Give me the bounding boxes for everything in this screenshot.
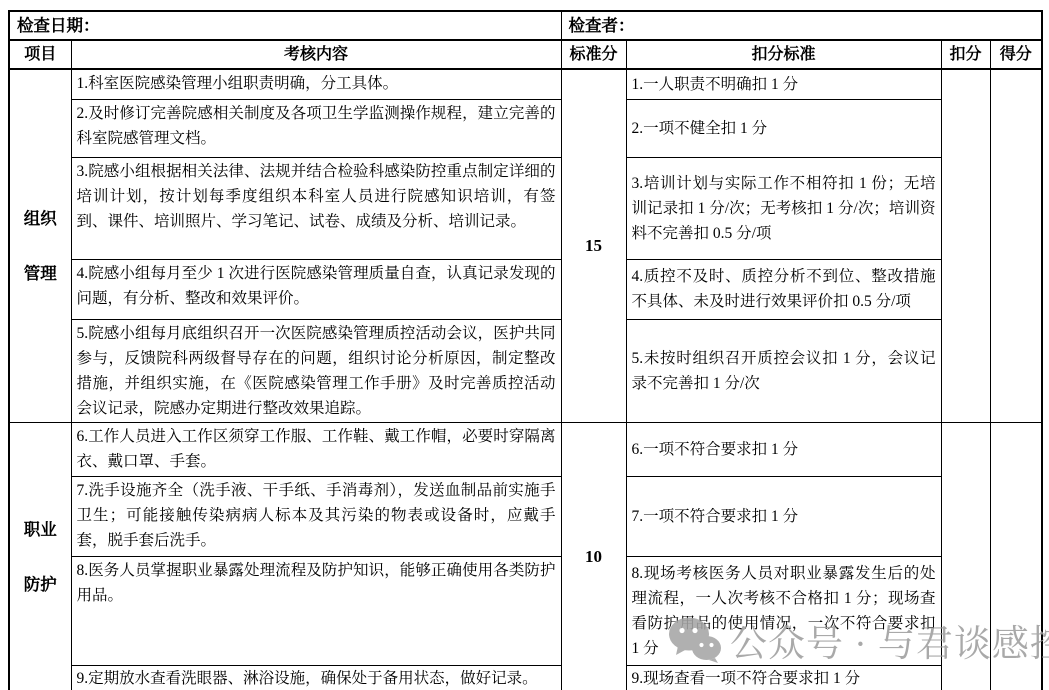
header-item: 项目 xyxy=(9,40,71,69)
deduction-standard: 1.一人职责不明确扣 1 分 xyxy=(626,69,941,99)
assessment-item: 9.定期放水查看洗眼器、淋浴设施，确保处于备用状态，做好记录。 xyxy=(71,665,561,690)
category-label: 管理 xyxy=(15,261,66,286)
deduction-standard: 6.一项不符合要求扣 1 分 xyxy=(626,422,941,476)
assessment-item: 5.院感小组每月底组织召开一次医院感染管理质控活动会议，医护共同参与，反馈院科两… xyxy=(71,319,561,422)
header-standard-score: 标准分 xyxy=(561,40,626,69)
form-meta-row: 检查日期： 检查者： xyxy=(9,11,1042,40)
header-deduction: 扣分 xyxy=(941,40,990,69)
assessment-item: 3.院感小组根据相关法律、法规并结合检验科感染防控重点制定详细的培训计划，按计划… xyxy=(71,157,561,259)
assessment-item: 1.科室医院感染管理小组职责明确，分工具体。 xyxy=(71,69,561,99)
deduction-standard: 7.一项不符合要求扣 1 分 xyxy=(626,476,941,556)
deduction-standard: 5.未按时组织召开质控会议扣 1 分，会议记录不完善扣 1 分/次 xyxy=(626,319,941,422)
table-row: 职业 防护 6.工作人员进入工作区须穿工作服、工作鞋、戴工作帽，必要时穿隔离衣、… xyxy=(9,422,1042,476)
assessment-item: 7.洗手设施齐全（洗手液、干手纸、手消毒剂），发送血制品前实施手卫生；可能接触传… xyxy=(71,476,561,556)
header-content: 考核内容 xyxy=(71,40,561,69)
deduction-standard: 4.质控不及时、质控分析不到位、整改措施不具体、未及时进行效果评价扣 0.5 分… xyxy=(626,259,941,319)
deduction-standard: 9.现场查看一项不符合要求扣 1 分 xyxy=(626,665,941,690)
table-row: 5.院感小组每月底组织召开一次医院感染管理质控活动会议，医护共同参与，反馈院科两… xyxy=(9,319,1042,422)
column-header-row: 项目 考核内容 标准分 扣分标准 扣分 得分 xyxy=(9,40,1042,69)
category-label: 组织 xyxy=(15,206,66,231)
table-row: 组织 管理 1.科室医院感染管理小组职责明确，分工具体。 15 1.一人职责不明… xyxy=(9,69,1042,99)
assessment-form: 检查日期： 检查者： 项目 考核内容 标准分 扣分标准 扣分 得分 组织 管理 … xyxy=(8,10,1043,690)
score-input-cell xyxy=(990,422,1042,690)
table-row: 4.院感小组每月至少 1 次进行医院感染管理质量自查，认真记录发现的问题，有分析… xyxy=(9,259,1042,319)
category-label: 防护 xyxy=(15,572,66,597)
standard-score-value: 15 xyxy=(561,69,626,422)
table-row: 2.及时修订完善院感相关制度及各项卫生学监测操作规程，建立完善的科室院感管理文档… xyxy=(9,99,1042,157)
score-input-cell xyxy=(990,69,1042,422)
deduction-input-cell xyxy=(941,69,990,422)
header-deduction-criteria: 扣分标准 xyxy=(626,40,941,69)
category-organization-management: 组织 管理 xyxy=(9,69,71,422)
assessment-table: 检查日期： 检查者： 项目 考核内容 标准分 扣分标准 扣分 得分 组织 管理 … xyxy=(8,10,1043,690)
table-row: 7.洗手设施齐全（洗手液、干手纸、手消毒剂），发送血制品前实施手卫生；可能接触传… xyxy=(9,476,1042,556)
table-row: 3.院感小组根据相关法律、法规并结合检验科感染防控重点制定详细的培训计划，按计划… xyxy=(9,157,1042,259)
table-row: 8.医务人员掌握职业暴露处理流程及防护知识，能够正确使用各类防护用品。 8.现场… xyxy=(9,556,1042,665)
table-row: 9.定期放水查看洗眼器、淋浴设施，确保处于备用状态，做好记录。 9.现场查看一项… xyxy=(9,665,1042,690)
header-score: 得分 xyxy=(990,40,1042,69)
inspection-date-label: 检查日期： xyxy=(9,11,561,40)
assessment-item: 8.医务人员掌握职业暴露处理流程及防护知识，能够正确使用各类防护用品。 xyxy=(71,556,561,665)
inspector-label: 检查者： xyxy=(561,11,1042,40)
standard-score-value: 10 xyxy=(561,422,626,690)
assessment-item: 6.工作人员进入工作区须穿工作服、工作鞋、戴工作帽，必要时穿隔离衣、戴口罩、手套… xyxy=(71,422,561,476)
deduction-input-cell xyxy=(941,422,990,690)
assessment-item: 4.院感小组每月至少 1 次进行医院感染管理质量自查，认真记录发现的问题，有分析… xyxy=(71,259,561,319)
deduction-standard: 2.一项不健全扣 1 分 xyxy=(626,99,941,157)
category-occupational-protection: 职业 防护 xyxy=(9,422,71,690)
category-label: 职业 xyxy=(15,517,66,542)
deduction-standard: 3.培训计划与实际工作不相符扣 1 份；无培训记录扣 1 分/次；无考核扣 1 … xyxy=(626,157,941,259)
deduction-standard: 8.现场考核医务人员对职业暴露发生后的处理流程，一人次考核不合格扣 1 分；现场… xyxy=(626,556,941,665)
assessment-item: 2.及时修订完善院感相关制度及各项卫生学监测操作规程，建立完善的科室院感管理文档… xyxy=(71,99,561,157)
